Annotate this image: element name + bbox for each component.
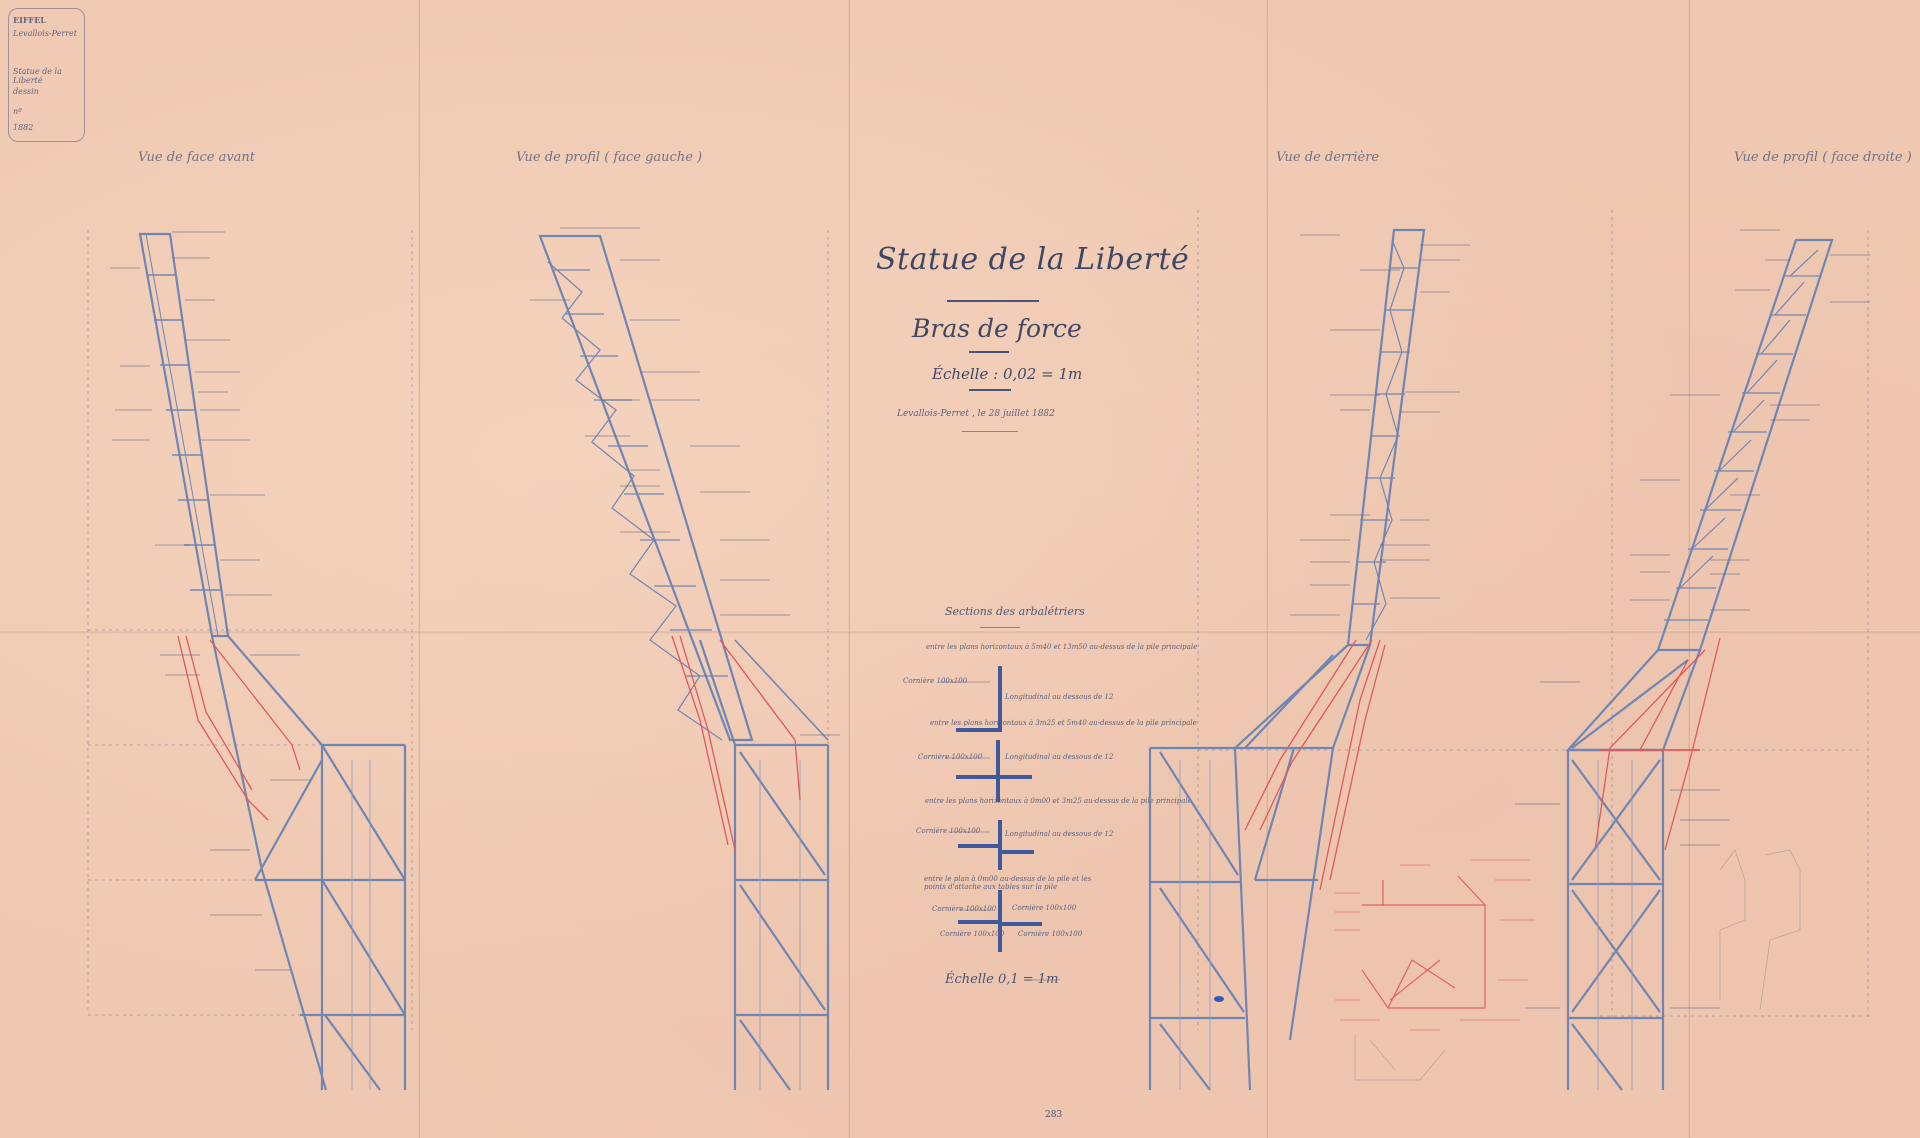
left-profile-view: [540, 236, 828, 1090]
front-view-red: [178, 636, 300, 820]
front-view: [140, 234, 405, 1090]
ink-blot: [1214, 996, 1224, 1002]
red-detail-sketch: [1335, 860, 1535, 1030]
right-profile-view: [1568, 240, 1832, 1090]
dimension-annotations: [110, 228, 1870, 1008]
section-glyphs: [958, 668, 1040, 950]
blueprint-sheet: EIFFEL Levallois-Perret Statue de la Lib…: [0, 0, 1920, 1138]
rear-view-red: [1245, 640, 1385, 890]
structural-drawings: [0, 0, 1920, 1138]
rear-view: [1150, 230, 1424, 1090]
